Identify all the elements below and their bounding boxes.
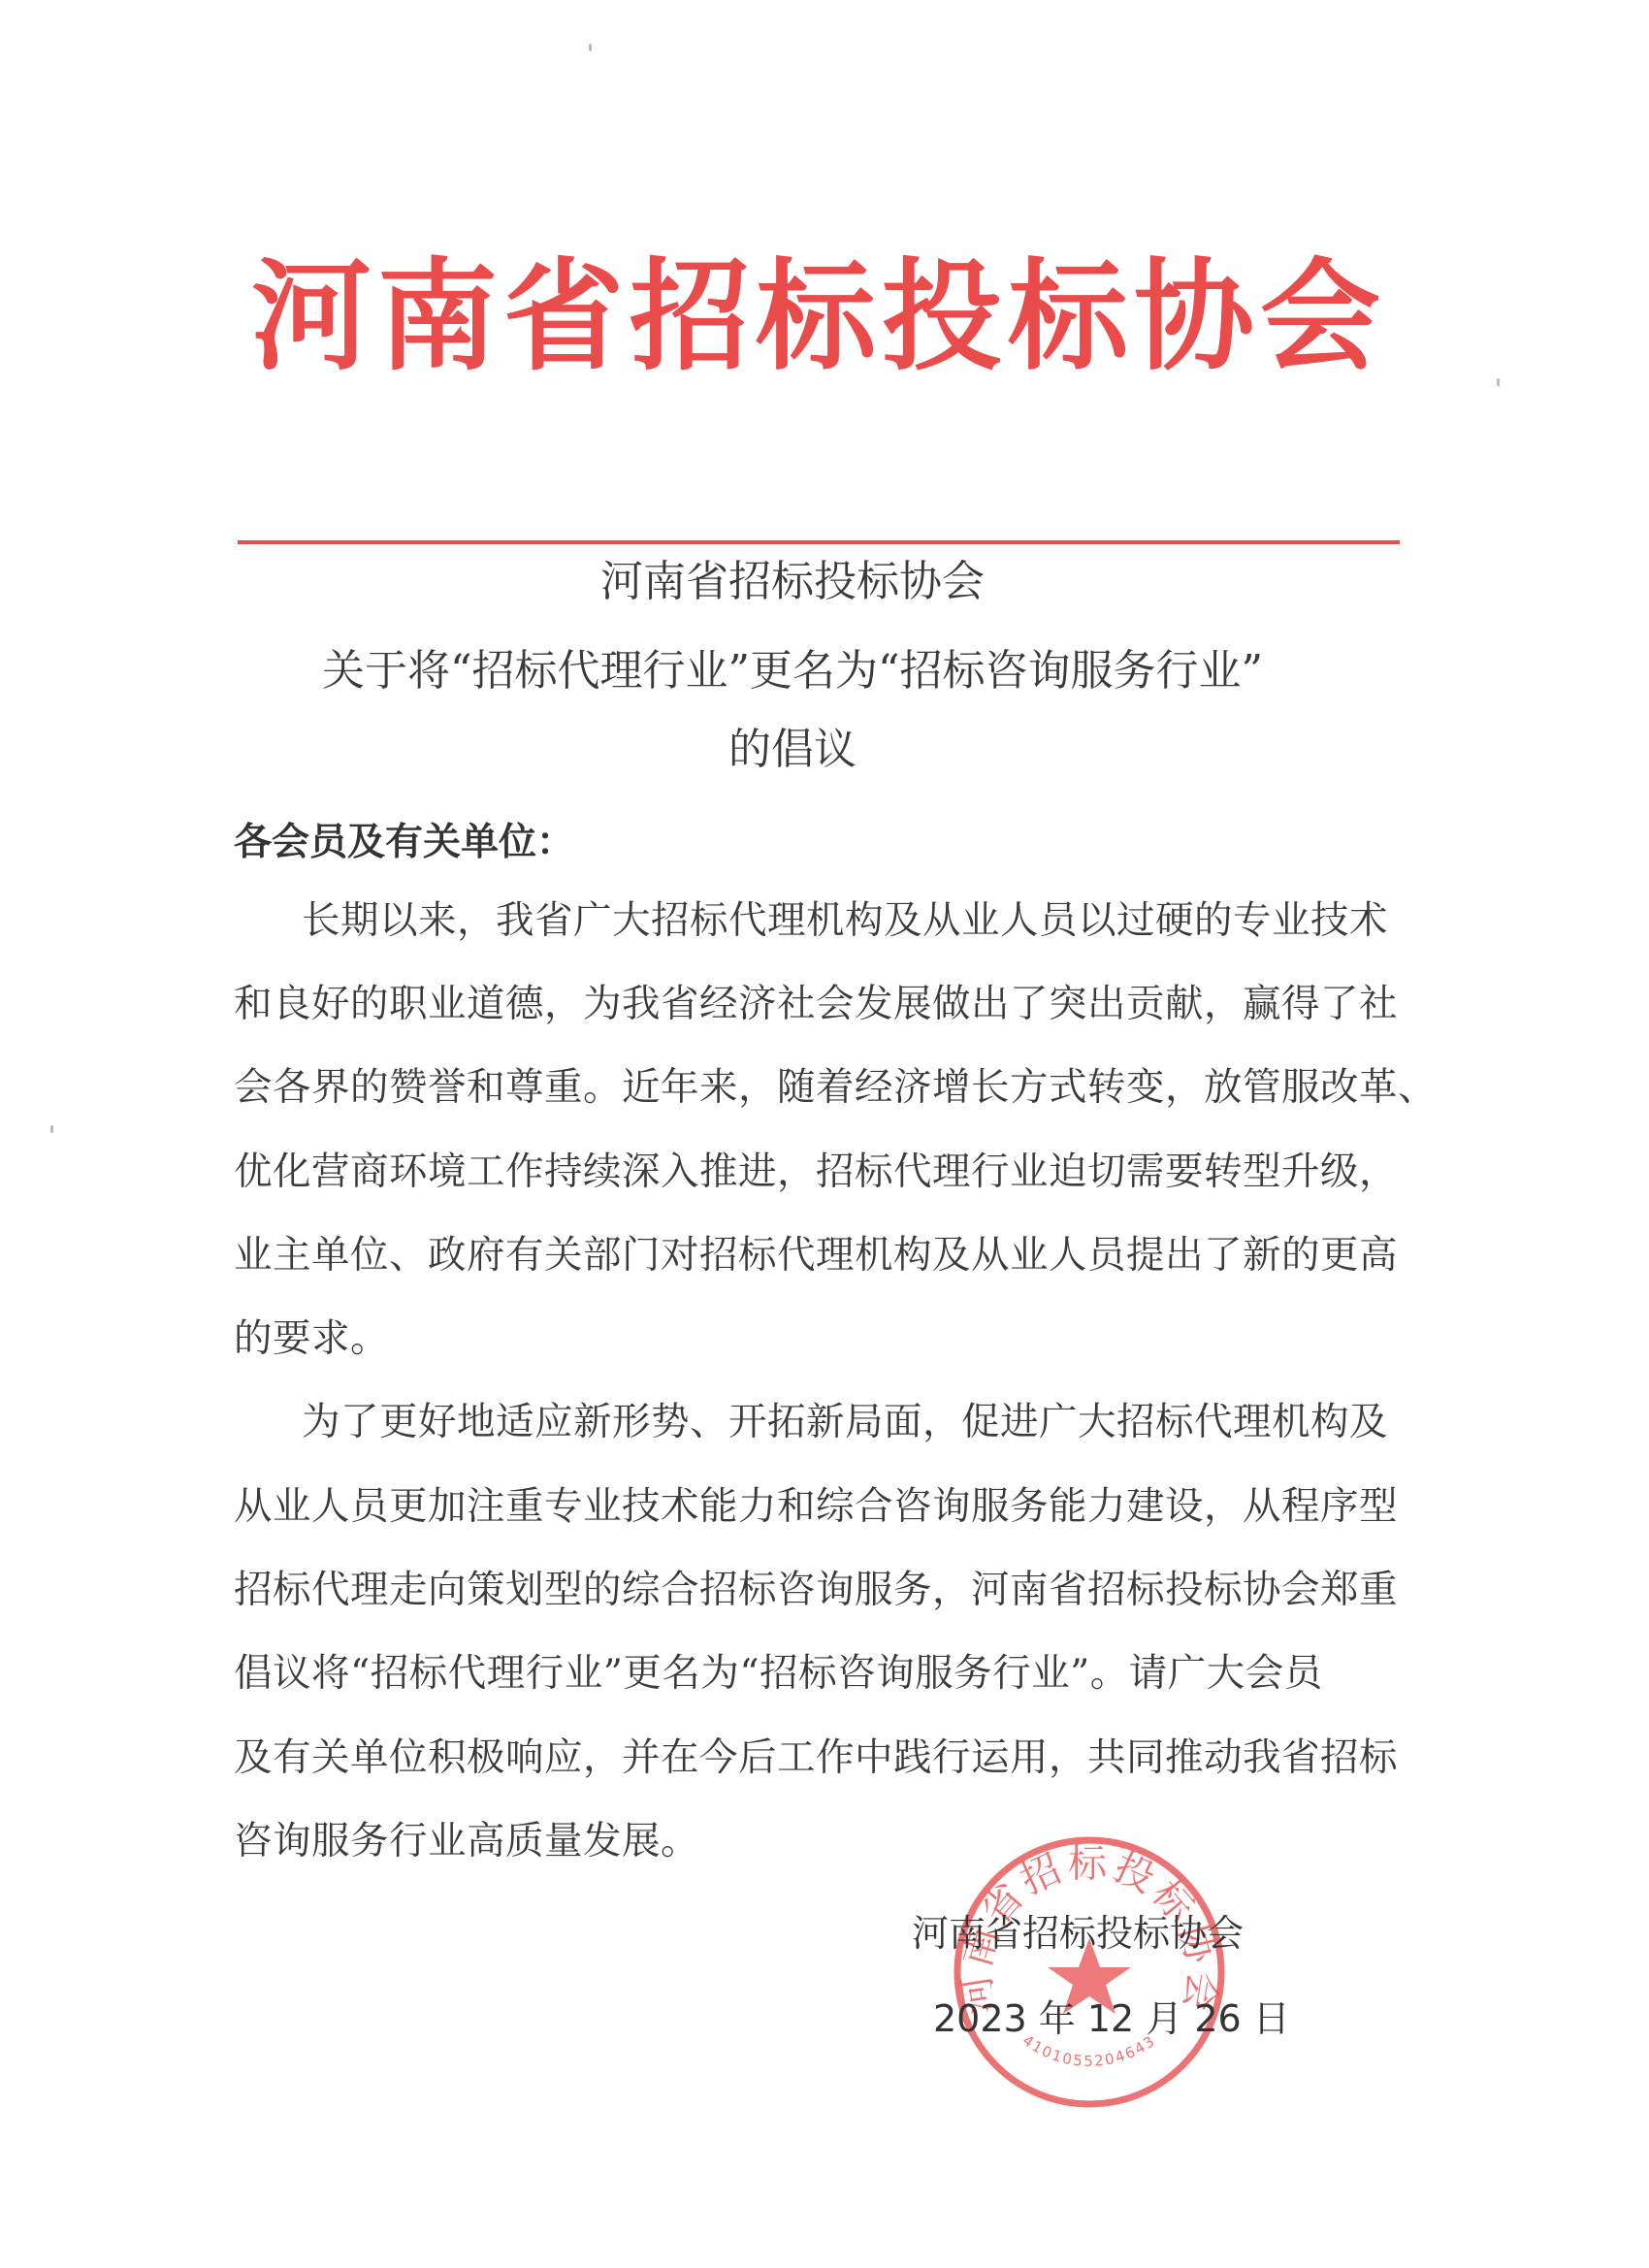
signature-date: 2023 年 12 月 26 日 — [933, 1989, 1290, 2042]
body-line: 咨询服务行业高质量发展。 — [234, 1818, 699, 1864]
document-title-type: 的倡议 — [0, 723, 1585, 777]
scan-speck — [1497, 378, 1500, 386]
body-line: 业主单位、政府有关部门对招标代理机构及从业人员提出了新的更高 — [234, 1232, 1398, 1279]
body-line: 倡议将“招标代理行业”更名为“招标咨询服务行业”。请广大会员 — [234, 1650, 1323, 1697]
body-line: 和良好的职业道德，为我省经济社会发展做出了突出贡献，赢得了社 — [234, 981, 1398, 1027]
body-line: 会各界的赞誉和尊重。近年来，随着经济增长方式转变，放管服改革、 — [234, 1064, 1437, 1111]
document-title-org: 河南省招标投标协会 — [0, 555, 1585, 609]
body-line: 及有关单位积极响应，并在今后工作中践行运用，共同推动我省招标 — [234, 1734, 1398, 1781]
scan-speck — [50, 1125, 53, 1133]
body-line: 招标代理走向策划型的综合招标咨询服务，河南省招标投标协会郑重 — [234, 1567, 1398, 1613]
body-line: 为了更好地适应新形势、开拓新局面，促进广大招标代理机构及 — [302, 1399, 1388, 1445]
body-line: 优化营商环境工作持续深入推进，招标代理行业迫切需要转型升级， — [234, 1149, 1398, 1195]
document-page: 河南省招标投标协会 河南省招标投标协会 关于将“招标代理行业”更名为“招标咨询服… — [0, 0, 1649, 2268]
scan-speck — [589, 44, 592, 51]
document-title-subject: 关于将“招标代理行业”更名为“招标咨询服务行业” — [0, 644, 1585, 698]
signature-org: 河南省招标投标协会 — [912, 1903, 1244, 1957]
salutation: 各会员及有关单位： — [234, 812, 574, 866]
body-line: 从业人员更加注重专业技术能力和综合咨询服务能力建设，从程序型 — [234, 1483, 1398, 1530]
body-line: 的要求。 — [234, 1315, 389, 1362]
body-line: 长期以来，我省广大招标代理机构及从业人员以过硬的专业技术 — [302, 897, 1388, 944]
letterhead-title: 河南省招标投标协会 — [238, 254, 1400, 380]
official-seal-stamp: 河南省招标投标协会 4101055204643 — [949, 1831, 1230, 2113]
letterhead-divider — [238, 540, 1400, 544]
